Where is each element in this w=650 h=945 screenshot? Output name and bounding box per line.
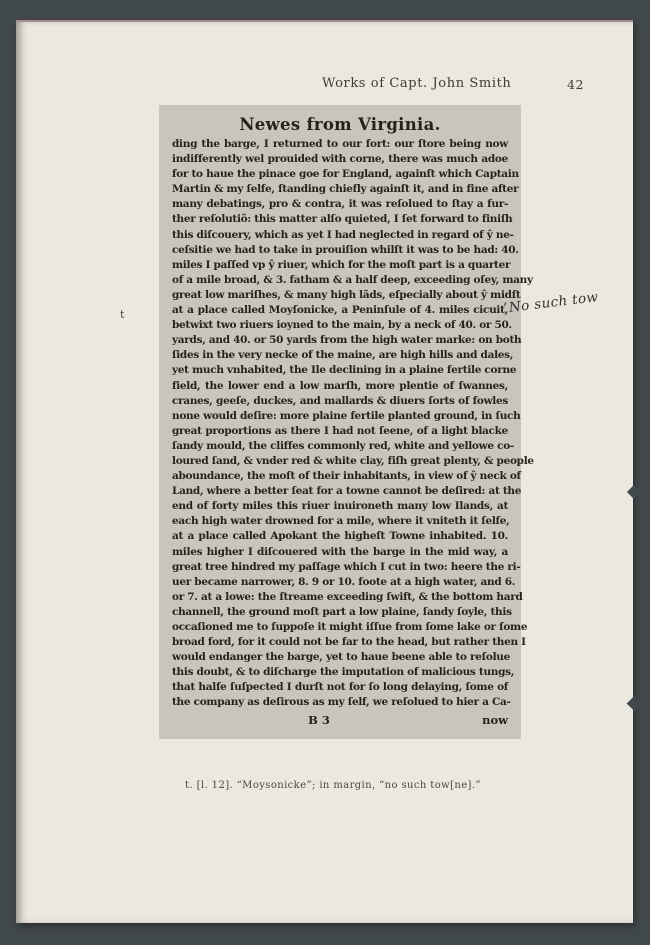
facsimile-line: channell, the ground moſt part a low pla… bbox=[172, 605, 508, 620]
signature-mark: B 3 bbox=[308, 713, 330, 728]
facsimile-line: ſandy mould, the cliffes commonly red, w… bbox=[172, 439, 508, 454]
facsimile-line: ther reſolutiõ: this matter alſo quieted… bbox=[172, 212, 508, 227]
facsimile-line: miles higher I diſcouered with the barge… bbox=[172, 545, 508, 560]
page-number: 42 bbox=[567, 77, 584, 92]
facsimile-line: end of forty miles this riuer inuironeth… bbox=[172, 499, 508, 514]
facsimile-line: at a place called Apokant the higheſt To… bbox=[172, 529, 508, 544]
facsimile-line: or 7. at a lowe: the ſtreame exceeding ſ… bbox=[172, 590, 508, 605]
facsimile-line: the company as deſirous as my ſelf, we r… bbox=[172, 695, 508, 710]
facsimile-line: many debatings, pro & contra, it was reſ… bbox=[172, 197, 508, 212]
facsimile-line: Land, where a better ſeat for a towne ca… bbox=[172, 484, 508, 499]
facsimile-line: this diſcouery, which as yet I had negle… bbox=[172, 228, 508, 243]
facsimile-line: none would deſire: more plaine fertile p… bbox=[172, 409, 508, 424]
facsimile-line: great low mariſhes, & many high lãds, eſ… bbox=[172, 288, 508, 303]
facsimile-line: cranes, geeſe, duckes, and mallards & di… bbox=[172, 394, 508, 409]
facsimile-line: aboundance, the moſt of their inhabitant… bbox=[172, 469, 508, 484]
footnote-reference-marker: t bbox=[120, 308, 124, 321]
facsimile-line: for to haue the pinace goe for England, … bbox=[172, 167, 508, 182]
facsimile-line: yards, and 40. or 50 yards from the high… bbox=[172, 333, 508, 348]
running-head-title: Works of Capt. John Smith bbox=[322, 76, 511, 91]
facsimile-text: ding the barge, I returned to our fort: … bbox=[172, 137, 508, 711]
book-page: Works of Capt. John Smith 42 t Newes fro… bbox=[16, 20, 633, 923]
facsimile-line: ſides in the very necke of the maine, ar… bbox=[172, 348, 508, 363]
facsimile-title: Newes from Virginia. bbox=[172, 114, 508, 135]
facsimile-line: would endanger the barge, yet to haue be… bbox=[172, 650, 508, 665]
scanned-book-photo: { "header": { "title": "Works of Capt. J… bbox=[0, 0, 650, 945]
facsimile-line: ding the barge, I returned to our fort: … bbox=[172, 137, 508, 152]
facsimile-line: field, the lower end a low marſh, more p… bbox=[172, 379, 508, 394]
facsimile-line: broad ford, for it could not be far to t… bbox=[172, 635, 508, 650]
facsimile-line: loured ſand, & vnder red & white clay, f… bbox=[172, 454, 508, 469]
facsimile-line: of a mile broad, & 3. fatham & a half de… bbox=[172, 273, 508, 288]
facsimile-line: great proportions as there I had not ſee… bbox=[172, 424, 508, 439]
facsimile-line: occaſioned me to ſuppoſe it might iſſue … bbox=[172, 620, 508, 635]
catchword: now bbox=[482, 713, 508, 728]
torn-edge-notch bbox=[627, 485, 641, 499]
facsimile-line: this doubt, & to diſcharge the imputatio… bbox=[172, 665, 508, 680]
editorial-footnote: t. [l. 12]. “Moysonicke”; in margin, “no… bbox=[16, 780, 633, 791]
facsimile-line: ceſsitie we had to take in prouiſion whi… bbox=[172, 243, 508, 258]
signature-row: B 3 now bbox=[172, 713, 508, 728]
facsimile-line: Martin & my ſelfe, ſtanding chiefly agai… bbox=[172, 182, 508, 197]
facsimile-line: betwixt two riuers ioyned to the main, b… bbox=[172, 318, 508, 333]
facsimile-line: miles I paſſed vp ŷ riuer, which for the… bbox=[172, 258, 508, 273]
facsimile-line: uer became narrower, 8. 9 or 10. foote a… bbox=[172, 575, 508, 590]
facsimile-line: that halfe ſuſpected I durſt not for ſo … bbox=[172, 680, 508, 695]
facsimile-line: yet much vnhabited, the Ile declining in… bbox=[172, 363, 508, 378]
facsimile-line: each high water drowned for a mile, wher… bbox=[172, 514, 508, 529]
facsimile-line: indifferently wel prouided with corne, t… bbox=[172, 152, 508, 167]
facsimile-block: Newes from Virginia. ding the barge, I r… bbox=[159, 105, 521, 739]
facsimile-line: at a place called Moyſonicke, a Peninſul… bbox=[172, 303, 508, 318]
facsimile-line: great tree hindred my paſſage which I cu… bbox=[172, 560, 508, 575]
running-head: Works of Capt. John Smith 42 bbox=[16, 76, 633, 94]
torn-edge-notch bbox=[627, 696, 643, 712]
